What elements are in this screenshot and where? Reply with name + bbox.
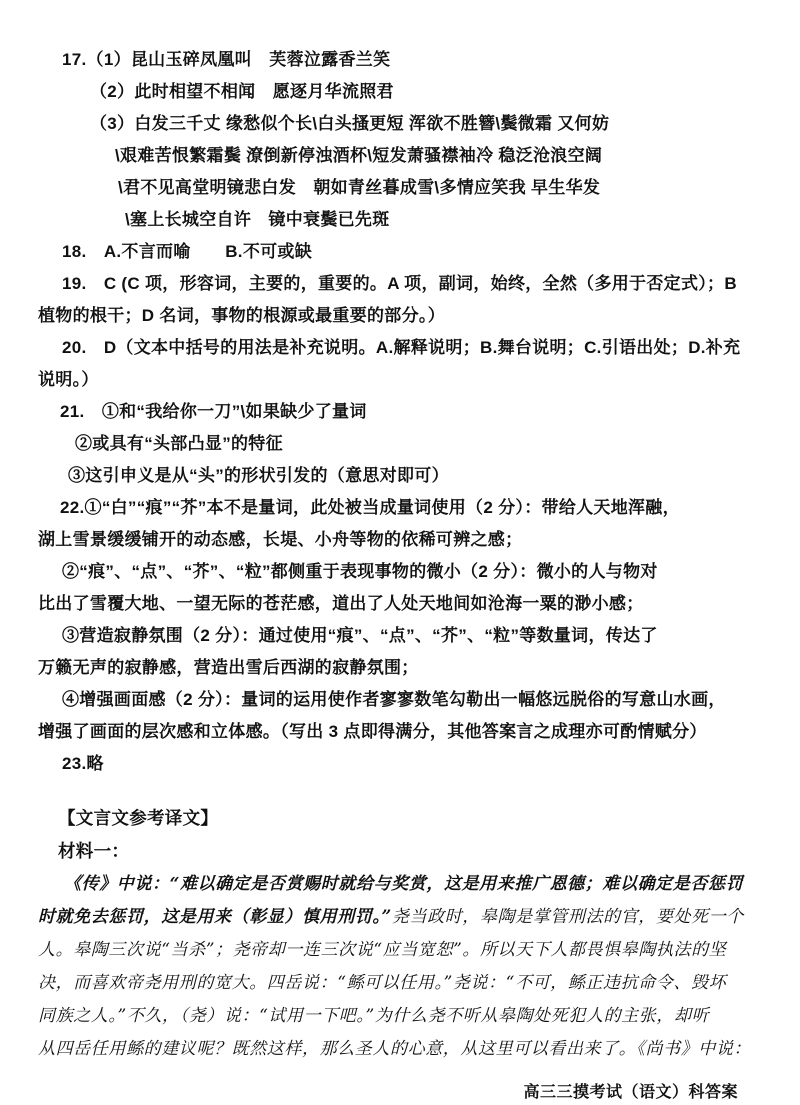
section-gap — [38, 780, 764, 802]
q17-line-4: \艰难苦恨繁霜鬓 潦倒新停浊酒杯\短发萧骚襟袖冷 稳泛沧浪空阔 — [38, 140, 764, 172]
q22-line-4: 比出了雪覆大地、一望无际的苍茫感，道出了人处天地间如沧海一粟的渺小感； — [38, 588, 764, 620]
q22-line-6: 万籁无声的寂静感，营造出雪后西湖的寂静氛围； — [38, 652, 764, 684]
q20-line-1: 20. D（文本中括号的用法是补充说明。A.解释说明；B.舞台说明；C.引语出处… — [38, 332, 764, 364]
translation-line-5: 同族之人。”不久，（尧）说：“试用一下吧。”为什么尧不听从皋陶处死犯人的主张，却… — [38, 1000, 764, 1033]
q17-line-1: 17.（1）昆山玉碎凤凰叫 芙蓉泣露香兰笑 — [38, 44, 764, 76]
q17-line-6: \塞上长城空自许 镜中衰鬓已先斑 — [38, 204, 764, 236]
answer-q18: 18. A.不言而喻 B.不可或缺 — [38, 236, 764, 268]
answer-sheet-page: 17.（1）昆山玉碎凤凰叫 芙蓉泣露香兰笑 （2）此时相望不相闻 愿逐月华流照君… — [0, 0, 800, 1105]
q22-line-1: 22.①“白”“痕”“芥”本不是量词，此处被当成量词使用（2 分）：带给人天地浑… — [38, 492, 764, 524]
q20-line-2: 说明。） — [38, 364, 764, 396]
q21-line-2: ②或具有“头部凸显”的特征 — [38, 428, 764, 460]
page-footer: 高三三摸考试（语文）科答案 — [38, 1078, 764, 1105]
q19-line-1: 19. C (C 项，形容词，主要的，重要的。A 项，副词，始终，全然（多用于否… — [38, 268, 764, 300]
q17-line-5: \君不见高堂明镜悲白发 朝如青丝暮成雪\多情应笑我 早生华发 — [38, 172, 764, 204]
q17-line-3: （3）白发三千丈 缘愁似个长\白头搔更短 浑欲不胜簪\鬓微霜 又何妨 — [38, 108, 764, 140]
answer-q19: 19. C (C 项，形容词，主要的，重要的。A 项，副词，始终，全然（多用于否… — [38, 268, 764, 332]
answer-q22: 22.①“白”“痕”“芥”本不是量词，此处被当成量词使用（2 分）：带给人天地浑… — [38, 492, 764, 748]
q22-line-8: 增强了画面的层次感和立体感。（写出 3 点即得满分，其他答案言之成理亦可酌情赋分… — [38, 716, 764, 748]
answer-q17: 17.（1）昆山玉碎凤凰叫 芙蓉泣露香兰笑 （2）此时相望不相闻 愿逐月华流照君… — [38, 44, 764, 236]
q19-line-2: 植物的根干；D 名词，事物的根源或最重要的部分。） — [38, 300, 764, 332]
translation-line-6: 从四岳任用鲧的建议呢？既然这样，那么圣人的心意，从这里可以看出来了。《尚书》中说… — [38, 1033, 764, 1066]
q22-line-5: ③营造寂静氛围（2 分）：通过使用“痕”、“点”、“芥”、“粒”等数量词，传达了 — [38, 620, 764, 652]
answer-q21: 21. ①和“我给你一刀”\如果缺少了量词 ②或具有“头部凸显”的特征 ③这引申… — [38, 396, 764, 492]
translation-section: 【文言文参考译文】 材料一： 《传》中说：“难以确定是否赏赐时就给与奖赏，这是用… — [38, 802, 764, 1066]
translation-line-1: 《传》中说：“难以确定是否赏赐时就给与奖赏，这是用来推广恩德；难以确定是否惩罚 — [38, 868, 764, 901]
q21-line-1: 21. ①和“我给你一刀”\如果缺少了量词 — [38, 396, 764, 428]
q22-line-7: ④增强画面感（2 分）：量词的运用使作者寥寥数笔勾勒出一幅悠远脱俗的写意山水画， — [38, 684, 764, 716]
document-body: 17.（1）昆山玉碎凤凰叫 芙蓉泣露香兰笑 （2）此时相望不相闻 愿逐月华流照君… — [0, 0, 800, 1105]
translation-material-label: 材料一： — [38, 835, 764, 868]
q21-line-3: ③这引申义是从“头”的形状引发的（意思对即可） — [38, 460, 764, 492]
translation-line-2-regular: 尧当政时，皋陶是掌管刑法的官，要处死一个 — [392, 907, 744, 927]
q17-line-2: （2）此时相望不相闻 愿逐月华流照君 — [38, 76, 764, 108]
translation-section-title: 【文言文参考译文】 — [38, 802, 764, 835]
translation-line-3: 人。皋陶三次说“当杀”；尧帝却一连三次说“应当宽恕”。所以天下人都畏惧皋陶执法的… — [38, 934, 764, 967]
answer-q23: 23.略 — [38, 748, 764, 780]
answer-q20: 20. D（文本中括号的用法是补充说明。A.解释说明；B.舞台说明；C.引语出处… — [38, 332, 764, 396]
q22-line-2: 湖上雪景缓缓铺开的动态感，长堤、小舟等物的依稀可辨之感； — [38, 524, 764, 556]
translation-line-2: 时就免去惩罚，这是用来（彰显）慎用刑罚。”尧当政时，皋陶是掌管刑法的官，要处死一… — [38, 901, 764, 934]
translation-line-2-bold: 时就免去惩罚，这是用来（彰显）慎用刑罚。” — [38, 907, 392, 927]
q22-line-3: ②“痕”、“点”、“芥”、“粒”都侧重于表现事物的微小（2 分）：微小的人与物对 — [38, 556, 764, 588]
translation-line-4: 决，而喜欢帝尧用刑的宽大。四岳说：“鲧可以任用。”尧说：“不可，鲧正违抗命令、毁… — [38, 967, 764, 1000]
